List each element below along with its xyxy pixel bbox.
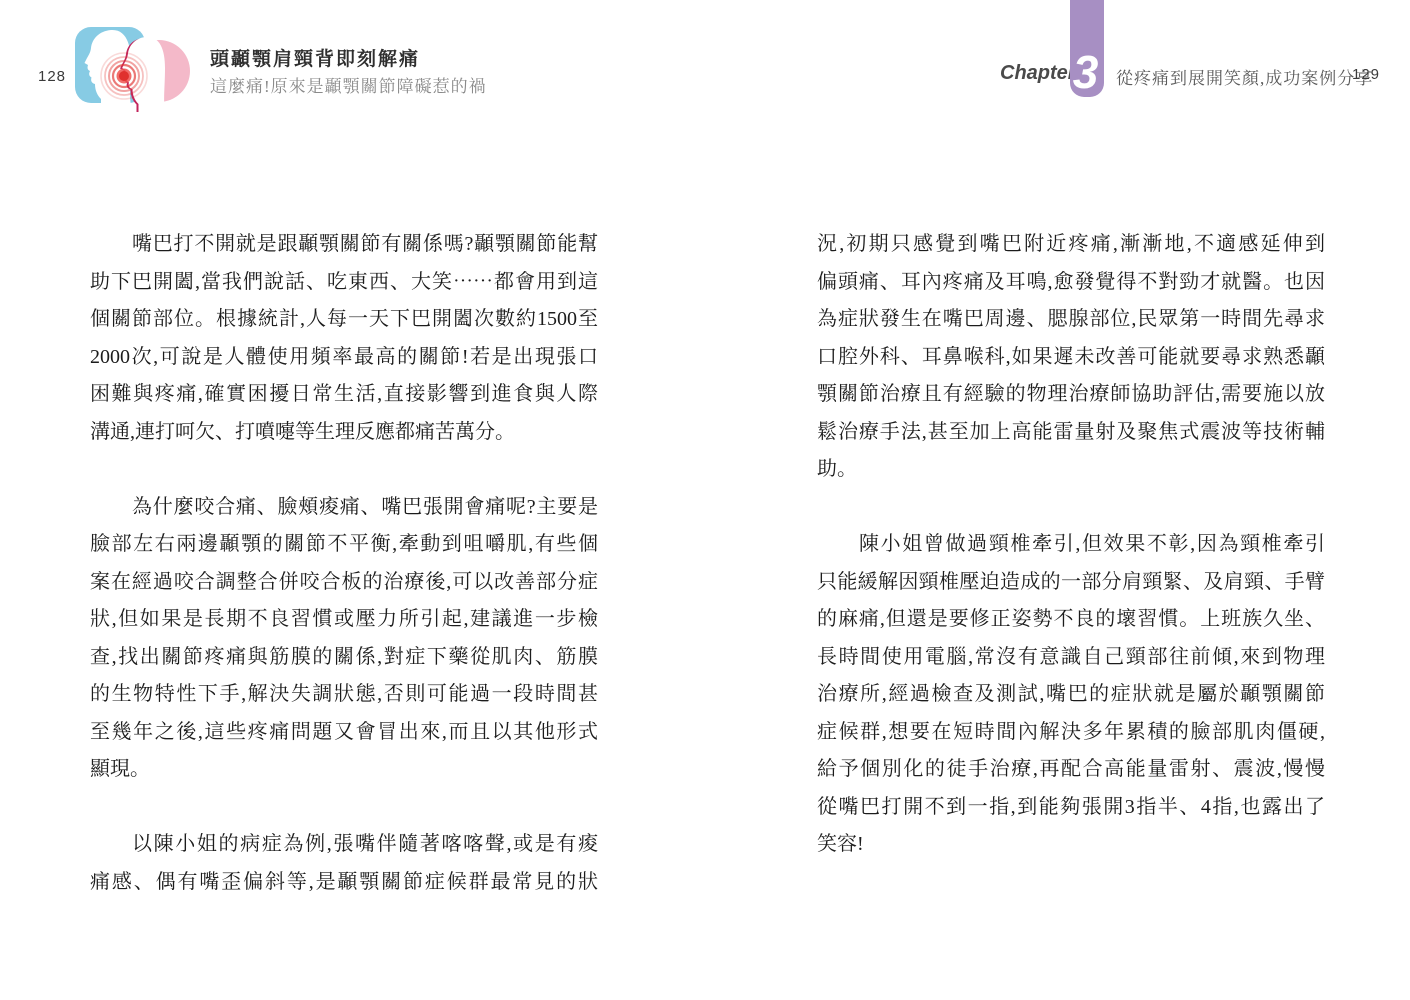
body-line: 嘴巴打不開就是跟顳顎關節有關係嗎?顳顎關節能幫 [90, 226, 598, 264]
book-spread: 128 頭顳顎肩頸背即刻解痛 這麼痛!原來是顳顎關節障礙惹的禍 Chapter … [0, 0, 1410, 1000]
body-line: 2000次,可說是人體使用頻率最高的關節!若是出現張口 [90, 339, 598, 377]
body-line: 給予個別化的徒手治療,再配合高能量雷射、震波,慢慢 [817, 751, 1325, 789]
body-line: 助下巴開闔,當我們說話、吃東西、大笑⋯⋯都會用到這 [90, 264, 598, 302]
paragraph-gap [90, 789, 598, 827]
body-line: 治療所,經過檢查及測試,嘴巴的症狀就是屬於顳顎關節 [817, 676, 1325, 714]
right-page-text-column: 況,初期只感覺到嘴巴附近疼痛,漸漸地,不適感延伸到 偏頭痛、耳內疼痛及耳鳴,愈發… [817, 226, 1325, 864]
book-title: 頭顳顎肩頸背即刻解痛 [210, 44, 420, 71]
body-line: 為症狀發生在嘴巴周邊、腮腺部位,民眾第一時間先尋求 [817, 301, 1325, 339]
chapter-number-tab: 3 [1070, 0, 1104, 97]
body-line: 臉部左右兩邊顳顎的關節不平衡,牽動到咀嚼肌,有些個 [90, 526, 598, 564]
body-line: 溝通,連打呵欠、打噴嚏等生理反應都痛苦萬分。 [90, 414, 598, 452]
body-line: 案在經過咬合調整合併咬合板的治療後,可以改善部分症 [90, 564, 598, 602]
chapter-number: 3 [1073, 49, 1102, 97]
body-line: 偏頭痛、耳內疼痛及耳鳴,愈發覺得不對勁才就醫。也因 [817, 264, 1325, 302]
tmj-faces-logo-icon [73, 24, 191, 116]
body-line: 笑容! [817, 826, 1325, 864]
body-line: 查,找出關節疼痛與筋膜的關係,對症下藥從肌肉、筋膜 [90, 639, 598, 677]
body-line: 助。 [817, 451, 1325, 489]
body-line: 只能緩解因頸椎壓迫造成的一部分肩頸緊、及肩頸、手臂 [817, 564, 1325, 602]
body-line: 痛感、偶有嘴歪偏斜等,是顳顎關節症候群最常見的狀 [90, 864, 598, 902]
body-line: 況,初期只感覺到嘴巴附近疼痛,漸漸地,不適感延伸到 [817, 226, 1325, 264]
body-line: 顯現。 [90, 751, 598, 789]
body-line: 至幾年之後,這些疼痛問題又會冒出來,而且以其他形式 [90, 714, 598, 752]
body-line: 個關節部位。根據統計,人每一天下巴開闔次數約1500至 [90, 301, 598, 339]
body-line: 鬆治療手法,甚至加上高能雷量射及聚焦式震波等技術輔 [817, 414, 1325, 452]
body-line: 為什麼咬合痛、臉頰痠痛、嘴巴張開會痛呢?主要是 [90, 489, 598, 527]
body-line: 以陳小姐的病症為例,張嘴伴隨著喀喀聲,或是有痠 [90, 826, 598, 864]
page-number-right: 129 [1352, 66, 1380, 83]
paragraph-gap [90, 451, 598, 489]
body-line: 陳小姐曾做過頸椎牽引,但效果不彰,因為頸椎牽引 [817, 526, 1325, 564]
body-line: 的生物特性下手,解決失調狀態,否則可能過一段時間甚 [90, 676, 598, 714]
body-line: 長時間使用電腦,常沒有意識自己頸部往前傾,來到物理 [817, 639, 1325, 677]
body-line: 症候群,想要在短時間內解決多年累積的臉部肌肉僵硬, [817, 714, 1325, 752]
book-subtitle: 這麼痛!原來是顳顎關節障礙惹的禍 [210, 72, 487, 97]
body-line: 困難與疼痛,確實困擾日常生活,直接影響到進食與人際 [90, 376, 598, 414]
chapter-title: 從疼痛到展開笑顏,成功案例分享 [1116, 64, 1373, 89]
page-number-left: 128 [38, 68, 66, 85]
body-line: 的麻痛,但還是要修正姿勢不良的壞習慣。上班族久坐、 [817, 601, 1325, 639]
paragraph-gap [817, 489, 1325, 527]
body-line: 口腔外科、耳鼻喉科,如果遲未改善可能就要尋求熟悉顳 [817, 339, 1325, 377]
chapter-label: Chapter [1000, 62, 1076, 85]
body-line: 從嘴巴打開不到一指,到能夠張開3指半、4指,也露出了 [817, 789, 1325, 827]
body-line: 狀,但如果是長期不良習慣或壓力所引起,建議進一步檢 [90, 601, 598, 639]
body-line: 顎關節治療且有經驗的物理治療師協助評估,需要施以放 [817, 376, 1325, 414]
left-page-text-column: 嘴巴打不開就是跟顳顎關節有關係嗎?顳顎關節能幫 助下巴開闔,當我們說話、吃東西、… [90, 226, 598, 901]
